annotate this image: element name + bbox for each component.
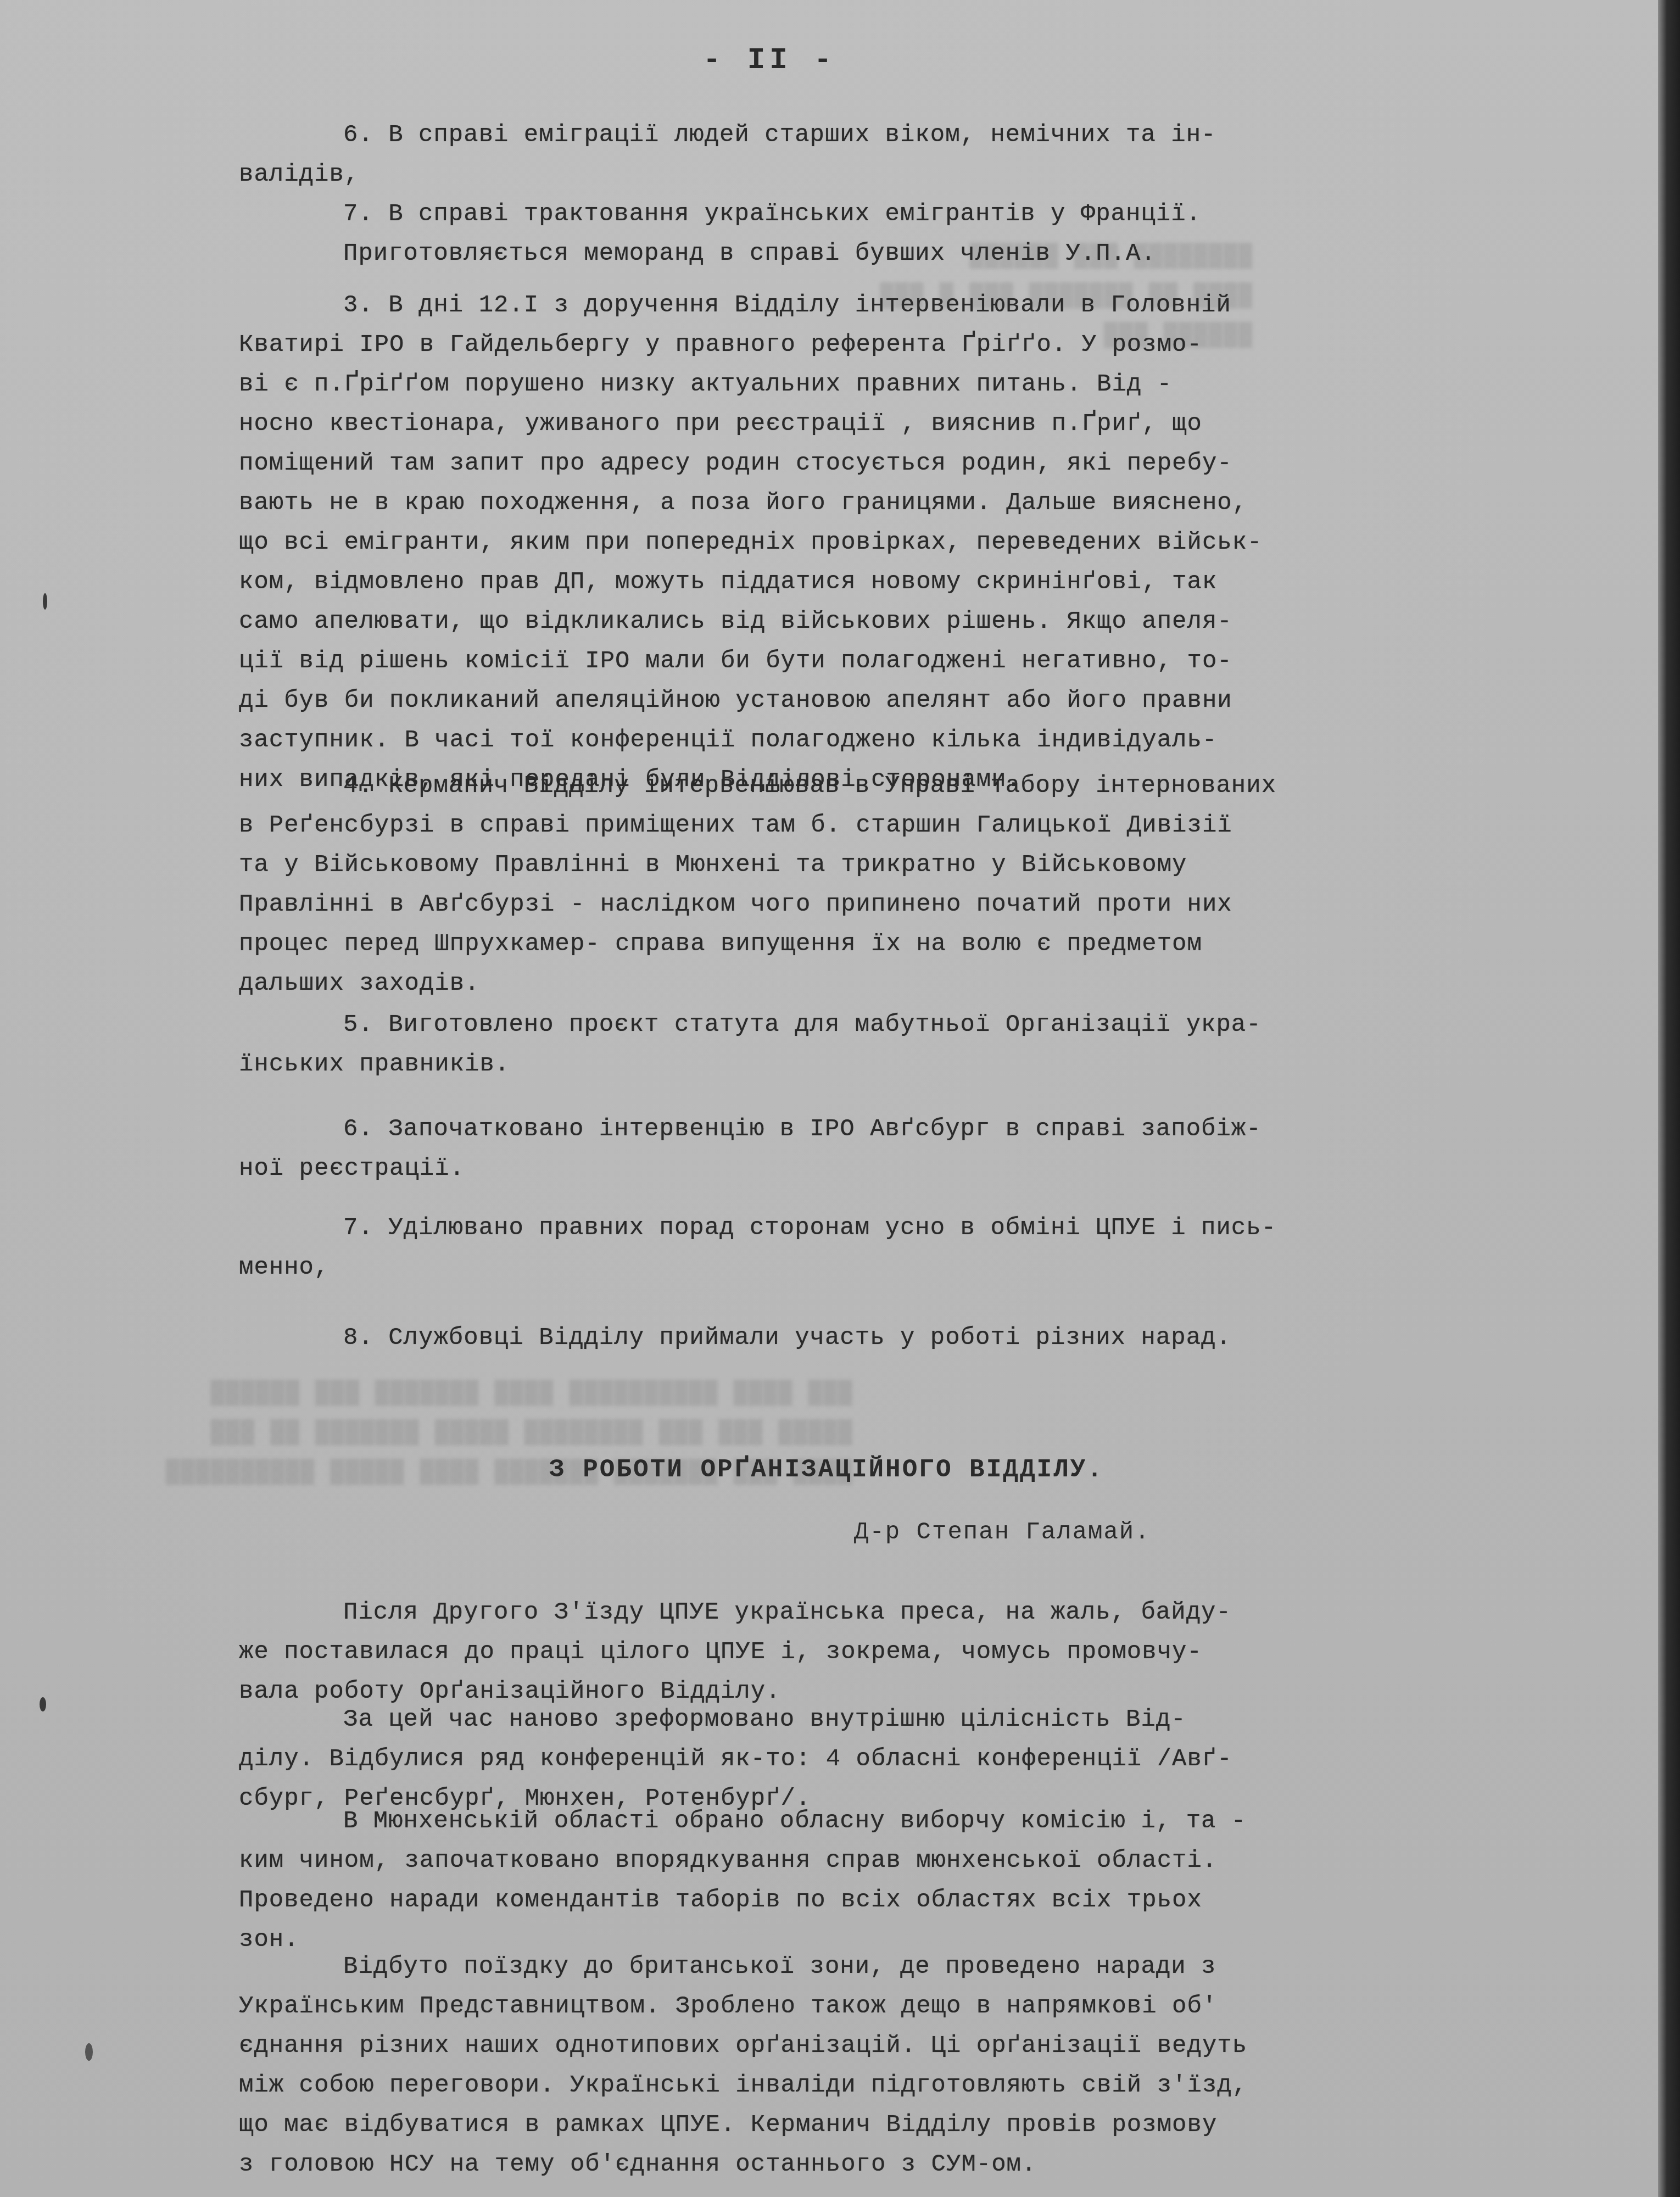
org-paragraph-3: В Мюнхенській області обрано обласну виб…: [239, 1802, 1612, 1960]
paragraph-6: 6. Започатковано інтервенцію в IPO Авґсб…: [239, 1109, 1612, 1189]
org-p2-line: За цей час наново зреформовано внутрішню…: [239, 1700, 1612, 1739]
p7-line: 7. Уділювано правних порад сторонам усно…: [239, 1208, 1612, 1248]
p7-line: менно,: [239, 1248, 1612, 1287]
org-p3-line: ким чином, започатковано впорядкування с…: [239, 1841, 1612, 1881]
paragraph-4: 4. Керманич Відділу інтервеніював в Упра…: [239, 766, 1612, 1003]
item-6-line-1: 6. В справі еміграції людей старших віко…: [239, 115, 1612, 155]
paragraph-5: 5. Виготовлено проєкт статута для мабутн…: [239, 1005, 1612, 1084]
p5-line: їнських правників.: [239, 1045, 1612, 1084]
p3-line: ції від рішень комісії IPO мали би бути …: [239, 642, 1612, 681]
org-paragraph-4: Відбуто поїздку до британської зони, де …: [239, 1947, 1612, 2184]
margin-speck: [85, 2043, 93, 2061]
org-p4-line: між собою переговори. Українські інвалід…: [239, 2066, 1612, 2105]
p4-line: в Реґенсбурзі в справі приміщених там б.…: [239, 806, 1612, 845]
p3-line: ком, відмовлено прав ДП, можуть піддатис…: [239, 562, 1612, 602]
org-paragraph-1: Після Другого З'їзду ЦПУЕ українська пре…: [239, 1593, 1612, 1711]
p4-line: та у Військовому Правлінні в Мюнхені та …: [239, 845, 1612, 885]
p4-line: дальших заходів.: [239, 964, 1612, 1003]
list-continuation: 6. В справі еміграції людей старших віко…: [239, 115, 1612, 274]
paragraph-7: 7. Уділювано правних порад сторонам усно…: [239, 1208, 1612, 1287]
item-7-line-2: Приготовляється меморанд в справі бувших…: [239, 234, 1612, 274]
p3-line: носно квестіонара, уживаного при реєстра…: [239, 404, 1612, 444]
item-7-line-1: 7. В справі трактовання українських еміг…: [239, 194, 1612, 234]
margin-speck: [43, 593, 47, 610]
item-6-line-2: валідів,: [239, 155, 1612, 194]
org-p3-line: В Мюнхенській області обрано обласну виб…: [239, 1802, 1612, 1841]
section-heading: З РОБОТИ ОРҐАНІЗАЦІЙНОГО ВІДДІЛУ.: [549, 1456, 1104, 1484]
org-p2-line: ділу. Відбулися ряд конференцій як-то: 4…: [239, 1739, 1612, 1779]
org-p4-line: єднання різних наших однотипових орґаніз…: [239, 2026, 1612, 2066]
p3-line: вають не в краю походження, а поза його …: [239, 483, 1612, 523]
scan-edge-shadow: [1658, 0, 1680, 2197]
p3-line: ві є п.Ґріґґом порушено низку актуальних…: [239, 365, 1612, 404]
org-p4-line: Українським Представництвом. Зроблено та…: [239, 1987, 1612, 2026]
p4-line: 4. Керманич Відділу інтервеніював в Упра…: [239, 766, 1612, 806]
org-p4-line: з головою НСУ на тему об'єднання останнь…: [239, 2145, 1612, 2184]
page-number: - II -: [703, 44, 836, 77]
margin-speck: [40, 1697, 46, 1711]
p3-line: ді був би покликаний апеляційною установ…: [239, 681, 1612, 721]
p4-line: процес перед Шпрухкамер- справа випущенн…: [239, 924, 1612, 964]
p4-line: Правлінні в Авґсбурзі - наслідком чого п…: [239, 885, 1612, 924]
org-p3-line: Проведено наради комендантів таборів по …: [239, 1881, 1612, 1920]
p3-line: само апелювати, що відкликались від війс…: [239, 602, 1612, 642]
paragraph-8: 8. Службовці Відділу приймали участь у р…: [239, 1318, 1612, 1358]
p6-line: ної реєстрації.: [239, 1149, 1612, 1189]
author-line: Д-р Степан Галамай.: [854, 1519, 1151, 1546]
p3-line: 3. В дні 12.I з доручення Відділу інтерв…: [239, 286, 1612, 325]
p3-line: заступник. В часі тої конференції полаго…: [239, 721, 1612, 760]
p3-line: Кватирі IPO в Гайдельбергу у правного ре…: [239, 325, 1612, 365]
p3-line: що всі емігранти, яким при попередніх пр…: [239, 523, 1612, 562]
p3-line: поміщений там запит про адресу родин сто…: [239, 444, 1612, 483]
p5-line: 5. Виготовлено проєкт статута для мабутн…: [239, 1005, 1612, 1045]
org-p4-line: Відбуто поїздку до британської зони, де …: [239, 1947, 1612, 1987]
paragraph-3: 3. В дні 12.I з доручення Відділу інтерв…: [239, 286, 1612, 800]
org-p4-line: що має відбуватися в рамках ЦПУЕ. Керман…: [239, 2105, 1612, 2145]
scanned-page: ████████ ███ ██████ ████ ██ ███████ ███ …: [0, 0, 1659, 2197]
p8-line: 8. Службовці Відділу приймали участь у р…: [239, 1318, 1612, 1358]
org-p1-line: же поставилася до праці цілого ЦПУЕ і, з…: [239, 1632, 1612, 1672]
org-p1-line: Після Другого З'їзду ЦПУЕ українська пре…: [239, 1593, 1612, 1632]
org-paragraph-2: За цей час наново зреформовано внутрішню…: [239, 1700, 1612, 1819]
p6-line: 6. Започатковано інтервенцію в IPO Авґсб…: [239, 1109, 1612, 1149]
